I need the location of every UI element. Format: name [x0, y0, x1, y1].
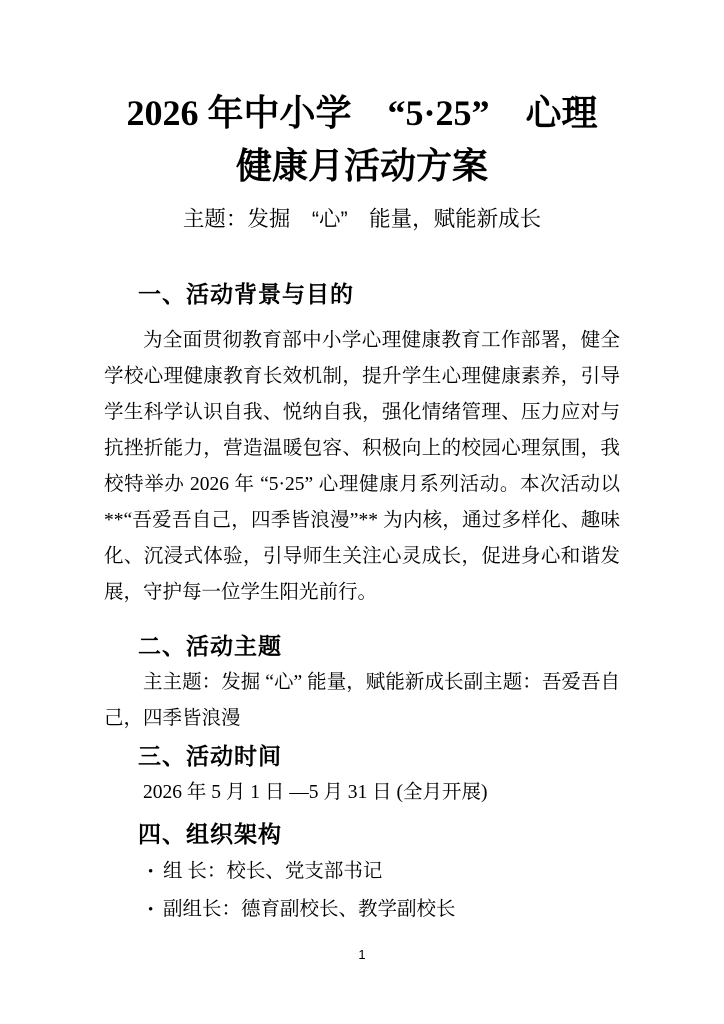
- organization-list: • 组 长：校长、党支部书记 • 副组长：德育副校长、教学副校长: [104, 853, 620, 929]
- bullet-icon: •: [148, 853, 153, 891]
- document-subtitle: 主题：发掘 “心” 能量，赋能新成长: [104, 201, 620, 237]
- section-paragraph-time: 2026 年 5 月 1 日 —5 月 31 日 (全月开展): [104, 775, 620, 811]
- list-item-text: 副组长：德育副校长、教学副校长: [163, 899, 456, 920]
- page-number: 1: [104, 947, 620, 963]
- list-item-deputy-leader: • 副组长：德育副校长、教学副校长: [104, 891, 620, 929]
- section-paragraph-theme: 主主题：发掘 “心” 能量，赋能新成长副主题：吾爱吾自己，四季皆浪漫: [104, 665, 620, 737]
- section-heading-time: 三、活动时间: [104, 737, 620, 775]
- bullet-icon: •: [148, 891, 153, 929]
- list-item-group-leader: • 组 长：校长、党支部书记: [104, 853, 620, 891]
- document-title-line1: 2026 年中小学 “5·25” 心理: [104, 87, 620, 140]
- document-page: 2026 年中小学 “5·25” 心理 健康月活动方案 主题：发掘 “心” 能量…: [0, 0, 724, 1024]
- section-heading-theme: 二、活动主题: [104, 627, 620, 665]
- document-title-line2: 健康月活动方案: [104, 140, 620, 193]
- section-heading-background-purpose: 一、活动背景与目的: [104, 275, 620, 313]
- section-paragraph-background-purpose: 为全面贯彻教育部中小学心理健康教育工作部署，健全学校心理健康教育长效机制，提升学…: [104, 323, 620, 611]
- list-item-text: 组 长：校长、党支部书记: [163, 861, 382, 882]
- document-title: 2026 年中小学 “5·25” 心理 健康月活动方案: [104, 87, 620, 193]
- section-heading-organization: 四、组织架构: [104, 815, 620, 853]
